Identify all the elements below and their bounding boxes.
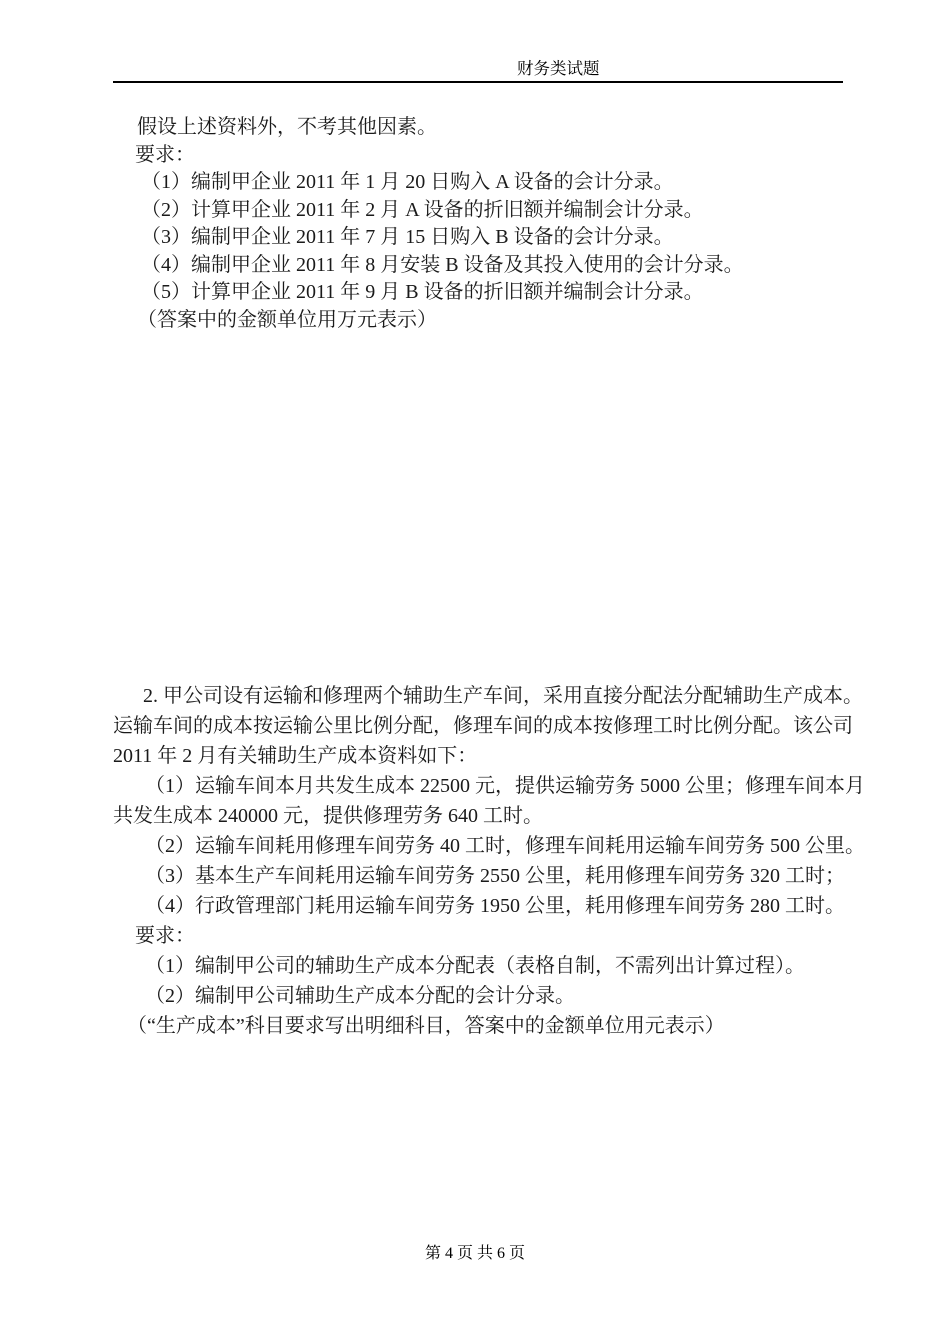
text-line: （5）计算甲企业 2011 年 9 月 B 设备的折旧额并编制会计分录。 <box>113 279 850 307</box>
text-line: （2）运输车间耗用修理车间劳务 40 工时，修理车间耗用运输车间劳务 500 公… <box>113 831 850 861</box>
question-1-requirements-block: 假设上述资料外，不考其他因素。要求：（1）编制甲企业 2011 年 1 月 20… <box>113 114 850 334</box>
text-line: （4）编制甲企业 2011 年 8 月安装 B 设备及其投入使用的会计分录。 <box>113 252 850 280</box>
text-line: （2）编制甲公司辅助生产成本分配的会计分录。 <box>113 981 850 1011</box>
text-line: （1）编制甲企业 2011 年 1 月 20 日购入 A 设备的会计分录。 <box>113 169 850 197</box>
text-line: （“生产成本”科目要求写出明细科目，答案中的金额单位用元表示） <box>113 1011 850 1041</box>
text-line: （3）编制甲企业 2011 年 7 月 15 日购入 B 设备的会计分录。 <box>113 224 850 252</box>
text-line: 运输车间的成本按运输公里比例分配，修理车间的成本按修理工时比例分配。该公司 <box>113 711 850 741</box>
page-number: 第 4 页 共 6 页 <box>425 1245 525 1262</box>
page-footer: 第 4 页 共 6 页 <box>0 1244 950 1264</box>
header-rule <box>113 81 843 83</box>
text-line: （4）行政管理部门耗用运输车间劳务 1950 公里，耗用修理车间劳务 280 工… <box>113 891 850 921</box>
text-line: 2. 甲公司设有运输和修理两个辅助生产车间，采用直接分配法分配辅助生产成本。 <box>113 681 850 711</box>
document-page: 财务类试题 假设上述资料外，不考其他因素。要求：（1）编制甲企业 2011 年 … <box>0 0 950 1344</box>
text-line: 共发生成本 240000 元，提供修理劳务 640 工时。 <box>113 801 850 831</box>
text-line: 假设上述资料外，不考其他因素。 <box>113 114 850 142</box>
text-line: 2011 年 2 月有关辅助生产成本资料如下： <box>113 741 850 771</box>
header-title: 财务类试题 <box>517 59 600 79</box>
text-line: （答案中的金额单位用万元表示） <box>113 307 850 335</box>
text-line: 要求： <box>113 142 850 170</box>
text-line: （2）计算甲企业 2011 年 2 月 A 设备的折旧额并编制会计分录。 <box>113 197 850 225</box>
text-line: （3）基本生产车间耗用运输车间劳务 2550 公里，耗用修理车间劳务 320 工… <box>113 861 850 891</box>
text-line: 要求： <box>113 921 850 951</box>
text-line: （1）运输车间本月共发生成本 22500 元，提供运输劳务 5000 公里；修理… <box>113 771 850 801</box>
question-2-block: 2. 甲公司设有运输和修理两个辅助生产车间，采用直接分配法分配辅助生产成本。运输… <box>113 681 850 1041</box>
text-line: （1）编制甲公司的辅助生产成本分配表（表格自制，不需列出计算过程）。 <box>113 951 850 981</box>
